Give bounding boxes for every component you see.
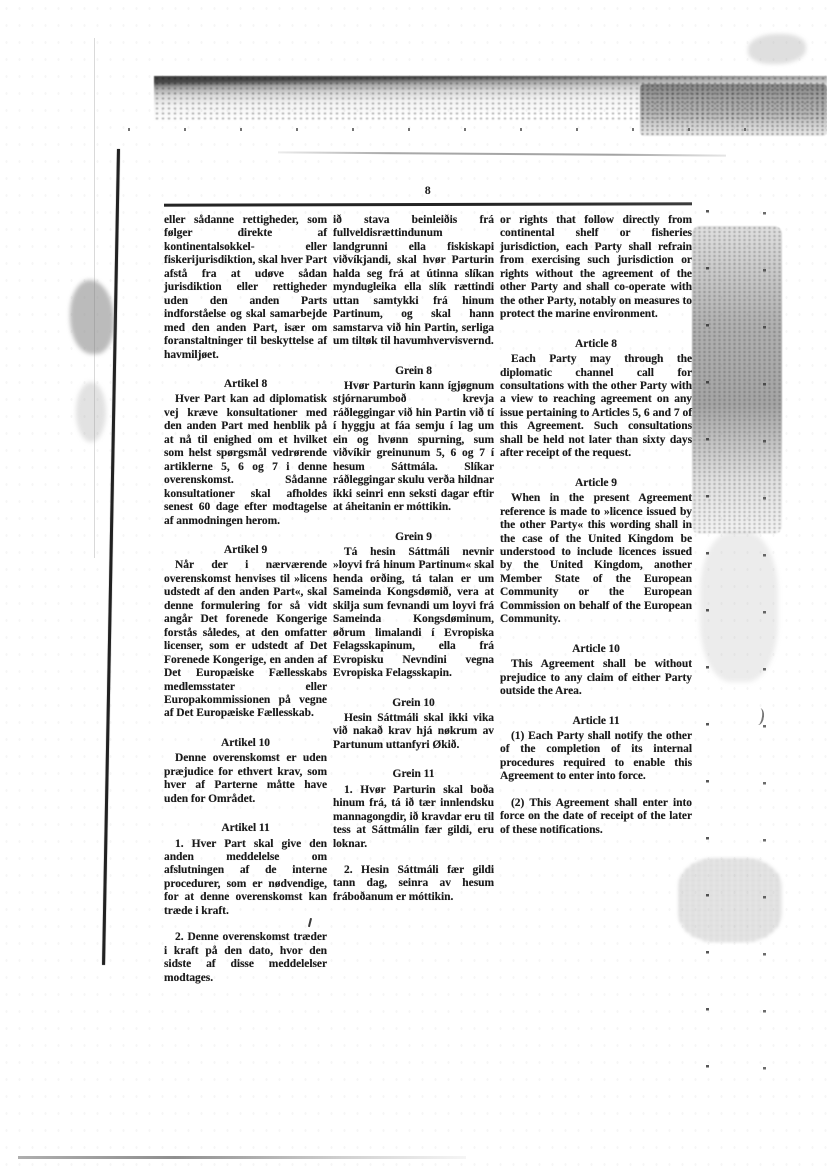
scanned-document-page: { "page_number": "8", "colors": { "ink":…: [0, 0, 827, 1170]
scan-left-edge-strip: [94, 38, 95, 558]
article-10-section: Grein 10 Hesin Sáttmáli skal ikki vika v…: [333, 697, 494, 753]
article-paragraph: Hver Part kan ad diplomatisk vej kræve k…: [164, 393, 327, 528]
article-heading: Article 10: [500, 643, 692, 656]
scan-smudge-right-bottom: [678, 858, 782, 942]
scan-smudge-top-right: [640, 84, 827, 136]
article-paragraph: This Agreement shall be without prejudic…: [500, 658, 692, 698]
article-paragraph: (2) This Agreement shall enter into forc…: [500, 797, 692, 837]
scan-smudge-right-lower: [700, 532, 778, 682]
scan-smudge-top-band: [154, 76, 827, 122]
article-11-section: Artikel 11 1. Hver Part skal give den an…: [164, 822, 327, 985]
article-9-section: Grein 9 Tá hesin Sáttmáli nevnir »loyvi …: [333, 531, 494, 681]
article-paragraph: (1) Each Party shall notify the other of…: [500, 730, 692, 784]
article-paragraph: eller sådanne rettigheder, som følger di…: [164, 214, 327, 362]
continuation-section: ið stava beinleiðis frá fullveldisrættin…: [333, 214, 494, 349]
article-9-section: Article 9 When in the present Agreement …: [500, 477, 692, 627]
page-number: 8: [164, 183, 692, 200]
article-heading: Article 11: [500, 715, 692, 728]
three-column-layout: eller sådanne rettigheder, som følger di…: [164, 214, 692, 985]
article-heading: Grein 11: [333, 768, 494, 781]
article-heading: Artikel 9: [164, 544, 327, 557]
perforation-dots-column-right: [763, 212, 766, 1080]
scan-vertical-fold-line: [102, 149, 120, 965]
article-10-section: Article 10 This Agreement shall be witho…: [500, 643, 692, 699]
article-paragraph: Hesin Sáttmáli skal ikki vika við nakað …: [333, 712, 494, 752]
article-paragraph: Each Party may through the diplomatic ch…: [500, 353, 692, 461]
article-paragraph: When in the present Agreement reference …: [500, 492, 692, 627]
scan-smudge-left: [70, 280, 114, 354]
article-11-section: Article 11 (1) Each Party shall notify t…: [500, 715, 692, 838]
article-9-section: Artikel 9 Når der i nærværende overensko…: [164, 544, 327, 721]
article-heading: Grein 10: [333, 697, 494, 710]
column-danish: eller sådanne rettigheder, som følger di…: [164, 214, 327, 985]
article-paragraph: 2. Hesin Sáttmáli fær gildi tann dag, se…: [333, 864, 494, 904]
article-heading: Article 8: [500, 338, 692, 351]
continuation-section: eller sådanne rettigheder, som følger di…: [164, 214, 327, 362]
article-heading: Grein 9: [333, 531, 494, 544]
scan-bottom-edge-line: [18, 1156, 466, 1159]
article-8-section: Article 8 Each Party may through the dip…: [500, 338, 692, 461]
article-paragraph: 1. Hvør Parturin skal boða hinum frá, tá…: [333, 784, 494, 851]
article-heading: Artikel 10: [164, 737, 327, 750]
scan-smudge-left-lower: [76, 382, 106, 442]
scan-smudge-right: [692, 226, 782, 534]
column-faroese: ið stava beinleiðis frá fullveldisrættin…: [333, 214, 494, 985]
article-heading: Artikel 8: [164, 378, 327, 391]
article-paragraph: 2. Denne overenskomst træder i kraft på …: [164, 931, 327, 985]
article-paragraph: Denne overenskomst er uden præjudice for…: [164, 752, 327, 806]
article-heading: Artikel 11: [164, 822, 327, 835]
article-heading: Grein 8: [333, 365, 494, 378]
article-paragraph: Tá hesin Sáttmáli nevnir »loyvi frá hinu…: [333, 546, 494, 681]
perforation-dots-column-left: [706, 210, 709, 1078]
header-rule: [164, 202, 692, 206]
article-heading: Article 9: [500, 477, 692, 490]
page-body: 8 eller sådanne rettigheder, som følger …: [164, 183, 692, 985]
article-paragraph: Hvør Parturin kann ígjøgnum stjórnarumbo…: [333, 380, 494, 515]
perforation-dots-row: [128, 128, 776, 131]
continuation-section: or rights that follow directly from cont…: [500, 214, 692, 322]
article-11-section: Grein 11 1. Hvør Parturin skal boða hinu…: [333, 768, 494, 904]
article-10-section: Artikel 10 Denne overenskomst er uden pr…: [164, 737, 327, 806]
article-paragraph: or rights that follow directly from cont…: [500, 214, 692, 322]
article-paragraph: Når der i nærværende overenskomst henvis…: [164, 559, 327, 720]
column-english: or rights that follow directly from cont…: [500, 214, 692, 985]
article-paragraph: 1. Hver Part skal give den anden meddele…: [164, 838, 327, 919]
scan-paren-mark: [753, 707, 765, 725]
article-8-section: Artikel 8 Hver Part kan ad diplomatisk v…: [164, 378, 327, 528]
scan-faint-horizontal-line: [278, 151, 726, 156]
article-paragraph: ið stava beinleiðis frá fullveldisrættin…: [333, 214, 494, 349]
article-8-section: Grein 8 Hvør Parturin kann ígjøgnum stjó…: [333, 365, 494, 515]
scan-smudge-top-corner: [748, 34, 806, 64]
